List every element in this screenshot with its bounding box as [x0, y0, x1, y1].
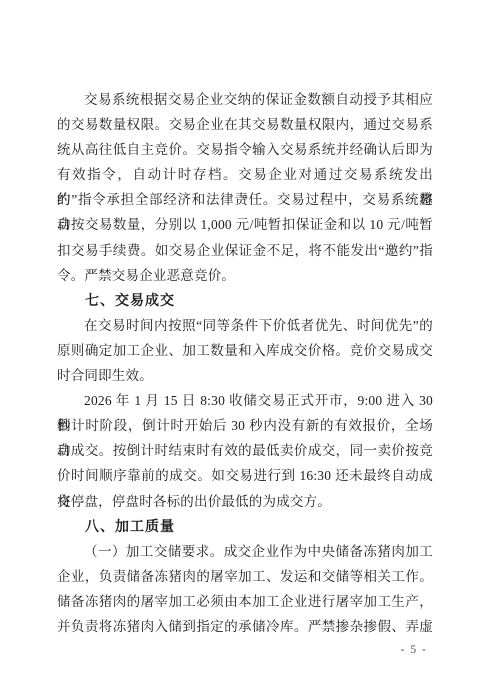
text-line: 并负责将冻猪肉入储到指定的承储冷库。严禁掺杂掺假、弄虚	[57, 614, 433, 639]
text-line: 原则确定加工企业、加工数量和入库成交价格。竞价交易成交	[57, 338, 433, 363]
text-line: 交易系统根据交易企业交纳的保证金数额自动授予其相应	[57, 87, 433, 112]
text-line: 将停盘，停盘时各标的出价最低的为成交方。	[57, 489, 433, 514]
text-line: 约”指令承担全部经济和法律责任。交易过程中，交易系统将自	[57, 187, 433, 212]
text-line: 有效指令，自动计时存档。交易企业对通过交易系统发出的“邀	[57, 162, 433, 187]
text-line: 倒计时阶段，倒计时开始后 30 秒内没有新的有效报价，全场自	[57, 413, 433, 438]
section-heading: 七、交易成交	[57, 288, 433, 313]
text-line: 储备冻猪肉的屠宰加工必须由本加工企业进行屠宰加工生产，	[57, 589, 433, 614]
section-heading: 八、加工质量	[57, 514, 433, 539]
document-page: 交易系统根据交易企业交纳的保证金数额自动授予其相应的交易数量权限。交易企业在其交…	[0, 0, 494, 700]
text-line: 令。严禁交易企业恶意竞价。	[57, 263, 433, 288]
text-line: 动按交易数量，分别以 1,000 元/吨暂扣保证金和以 10 元/吨暂	[57, 212, 433, 237]
text-line: 在交易时间内按照“同等条件下价低者优先、时间优先”的	[57, 313, 433, 338]
text-line: 2026 年 1 月 15 日 8:30 收储交易正式开市，9:00 进入 30…	[57, 388, 433, 413]
text-line: 动成交。按倒计时结束时有效的最低卖价成交，同一卖价按竞	[57, 438, 433, 463]
text-line: 价时间顺序靠前的成交。如交易进行到 16:30 还未最终自动成交	[57, 463, 433, 488]
text-line: 统从高往低自主竞价。交易指令输入交易系统并经确认后即为	[57, 137, 433, 162]
page-number: - 5 -	[394, 643, 434, 657]
text-line: 的交易数量权限。交易企业在其交易数量权限内，通过交易系	[57, 112, 433, 137]
text-line: 时合同即生效。	[57, 363, 433, 388]
text-line: （一）加工交储要求。成交企业作为中央储备冻猪肉加工	[57, 539, 433, 564]
text-block: 交易系统根据交易企业交纳的保证金数额自动授予其相应的交易数量权限。交易企业在其交…	[57, 87, 433, 639]
text-line: 企业，负责储备冻猪肉的屠宰加工、发运和交储等相关工作。	[57, 564, 433, 589]
text-line: 扣交易手续费。如交易企业保证金不足，将不能发出“邀约”指	[57, 238, 433, 263]
